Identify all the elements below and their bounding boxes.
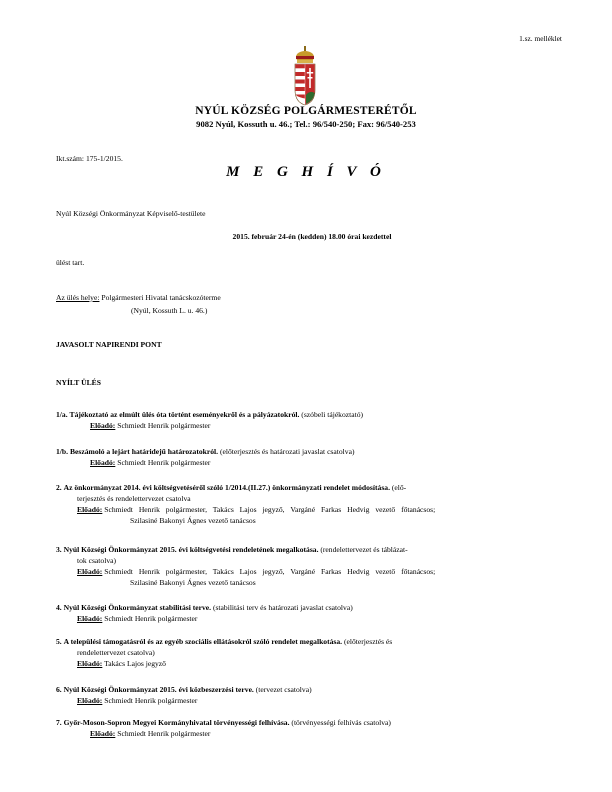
item-presenter: Schmiedt Henrik polgármester bbox=[104, 614, 197, 623]
addressee: Nyúl Községi Önkormányzat Képviselő-test… bbox=[56, 209, 206, 219]
item-title: Beszámoló a lejárt határidejű határozato… bbox=[70, 447, 218, 456]
item-note: (rendelettervezet és táblázat- bbox=[318, 545, 407, 554]
item-number: 1/b. bbox=[56, 447, 68, 456]
presenter-label: Előadó: bbox=[77, 505, 102, 514]
presenter-label: Előadó: bbox=[90, 421, 115, 430]
document-title: M E G H Í V Ó bbox=[0, 163, 612, 181]
item-title: Győr-Moson-Sopron Megyei Kormányhivatal … bbox=[64, 718, 290, 727]
org-address: 9082 Nyúl, Kossuth u. 46.; Tel.: 96/540-… bbox=[0, 119, 612, 129]
presenter-label: Előadó: bbox=[77, 696, 102, 705]
holds-meeting-text: ülést tart. bbox=[56, 258, 84, 268]
meeting-date: 2015. február 24-én (kedden) 18.00 órai … bbox=[0, 232, 612, 242]
item-note: (előterjesztés és bbox=[342, 637, 392, 646]
item-number: 4. bbox=[56, 603, 62, 612]
item-number: 3. bbox=[56, 545, 62, 554]
item-title: Tájékoztató az elmúlt ülés óta történt e… bbox=[70, 410, 300, 419]
item-title: Nyúl Községi Önkormányzat 2015. évi költ… bbox=[64, 545, 319, 554]
presenter-label: Előadó: bbox=[90, 458, 115, 467]
item-number: 7. bbox=[56, 718, 62, 727]
item-note: (elő- bbox=[390, 483, 406, 492]
item-presenter-continued: Szilasiné Bakonyi Ágnes vezető tanácsos bbox=[130, 578, 256, 588]
presenter-label: Előadó: bbox=[90, 729, 115, 738]
item-note: (törvényességi felhívás csatolva) bbox=[290, 718, 391, 727]
item-title: A települési támogatásról és az egyéb sz… bbox=[64, 637, 342, 646]
annex-label: 1.sz. melléklet bbox=[519, 34, 562, 44]
item-note-continued: terjesztés és rendelettervezet csatolva bbox=[77, 494, 191, 504]
presenter-label: Előadó: bbox=[77, 567, 102, 576]
item-note: (szóbeli tájékoztató) bbox=[299, 410, 363, 419]
item-number: 1/a. bbox=[56, 410, 68, 419]
venue-address: (Nyúl, Kossuth L. u. 46.) bbox=[131, 306, 207, 316]
item-note-continued: rendelettervezet csatolva) bbox=[77, 648, 155, 658]
item-number: 5. bbox=[56, 637, 62, 646]
item-presenter: Schmiedt Henrik polgármester, Takács Laj… bbox=[104, 505, 435, 514]
item-note: (előterjesztés és határozati javaslat cs… bbox=[218, 447, 354, 456]
item-title: Az önkormányzat 2014. évi költségvetésér… bbox=[64, 483, 390, 492]
session-heading: NYÍLT ÜLÉS bbox=[56, 378, 101, 388]
agenda-heading: JAVASOLT NAPIRENDI PONT bbox=[56, 340, 162, 350]
item-presenter: Takács Lajos jegyző bbox=[104, 659, 166, 668]
org-name: NYÚL KÖZSÉG POLGÁRMESTERÉTŐL bbox=[0, 106, 612, 116]
item-title: Nyúl Községi Önkormányzat stabilitási te… bbox=[64, 603, 211, 612]
venue-line: Az ülés helye: Polgármesteri Hivatal tan… bbox=[56, 293, 221, 303]
item-note: (stabilitási terv és határozati javaslat… bbox=[211, 603, 353, 612]
item-number: 2. bbox=[56, 483, 62, 492]
venue-name: Polgármesteri Hivatal tanácskozóterme bbox=[99, 293, 220, 302]
item-presenter: Schmiedt Henrik polgármester, Takács Laj… bbox=[104, 567, 435, 576]
coat-of-arms-icon bbox=[292, 46, 318, 106]
item-title: Nyúl Községi Önkormányzat 2015. évi közb… bbox=[64, 685, 254, 694]
venue-label: Az ülés helye: bbox=[56, 293, 99, 302]
presenter-label: Előadó: bbox=[77, 614, 102, 623]
item-presenter: Schmiedt Henrik polgármester bbox=[117, 729, 210, 738]
presenter-label: Előadó: bbox=[77, 659, 102, 668]
item-presenter: Schmiedt Henrik polgármester bbox=[104, 696, 197, 705]
item-number: 6. bbox=[56, 685, 62, 694]
item-note: (tervezet csatolva) bbox=[254, 685, 312, 694]
item-presenter: Schmiedt Henrik polgármester bbox=[117, 458, 210, 467]
item-presenter-continued: Szilasiné Bakonyi Ágnes vezető tanácsos bbox=[130, 516, 256, 526]
item-presenter: Schmiedt Henrik polgármester bbox=[117, 421, 210, 430]
item-note-continued: tok csatolva) bbox=[77, 556, 116, 566]
